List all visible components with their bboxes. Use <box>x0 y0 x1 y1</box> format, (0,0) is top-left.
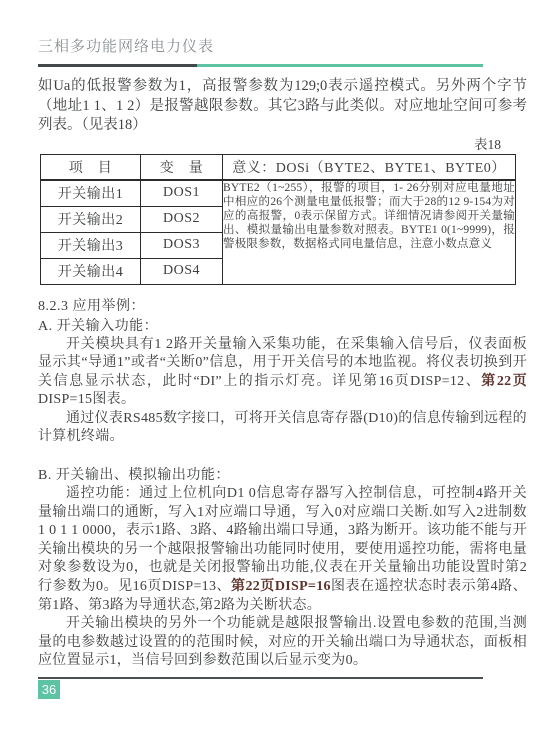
manual-page: 三相多功能网络电力仪表 如Ua的低报警参数为1，高报警参数为129;0表示遥控模… <box>0 0 559 748</box>
paragraph-a1: 开关模块具有1 2路开关量输入采集功能，在采集输入信号后，仪表面板显示其“导通1… <box>38 336 527 410</box>
page-footer: 36 <box>38 677 483 699</box>
paragraph-b2: 开关输出模块的另外一个功能就是越限报警输出.设置电参数的范围,当测量的电参数越过… <box>38 615 527 671</box>
page-content: 如Ua的低报警参数为1，高报警参数为129;0表示遥控模式。另外两个字节（地址1… <box>38 77 527 671</box>
table-row: 开关输出1 DOS1 BYTE2（1~255），报警的项目，1- 26分别对应电… <box>41 180 516 207</box>
header-divider <box>38 64 483 67</box>
table-caption: 表18 <box>38 137 515 153</box>
meaning-cell: BYTE2（1~255），报警的项目，1- 26分别对应电量地址中相应的26个测… <box>223 180 516 285</box>
page-number-badge: 36 <box>38 680 60 699</box>
table-header-row: 项 目 变 量 意义：DOSi（BYTE2、BYTE1、BYTE0） <box>41 154 516 180</box>
item-cell: 开关输出3 <box>41 232 141 258</box>
page-reference-22: 第22页 <box>481 374 527 389</box>
variable-cell: DOS3 <box>141 232 223 258</box>
variable-cell: DOS2 <box>141 206 223 232</box>
column-header-variable: 变 量 <box>141 154 223 180</box>
paragraph-b1-text: 遥控功能：通过上位机向D1 0信息寄存器写入控制信息，可控制4路开关量输出端口的… <box>38 486 527 594</box>
paragraph-a1-text: 开关模块具有1 2路开关量输入采集功能，在采集输入信号后，仪表面板显示其“导通1… <box>38 337 527 389</box>
item-cell: 开关输出2 <box>41 206 141 232</box>
subsection-heading-a: A. 开关输入功能： <box>38 317 527 336</box>
item-cell: 开关输出4 <box>41 258 141 284</box>
intro-paragraph: 如Ua的低报警参数为1，高报警参数为129;0表示遥控模式。另外两个字节（地址1… <box>38 77 527 136</box>
section-heading-823: 8.2.3 应用举例： <box>38 297 527 316</box>
footer-divider <box>38 677 483 679</box>
variable-cell: DOS1 <box>141 180 223 207</box>
paragraph-b1: 遥控功能：通过上位机向D1 0信息寄存器写入控制信息，可控制4路开关量输出端口的… <box>38 485 527 615</box>
dos-output-table: 项 目 变 量 意义：DOSi（BYTE2、BYTE1、BYTE0） 开关输出1… <box>40 154 516 285</box>
page-reference-22-disp16: 第22页DISP=16 <box>231 579 331 594</box>
paragraph-a1-tail: DISP=15图表。 <box>38 392 135 407</box>
page-title: 三相多功能网络电力仪表 <box>38 36 559 57</box>
header-divider-teal-segment <box>197 64 483 67</box>
column-header-meaning: 意义：DOSi（BYTE2、BYTE1、BYTE0） <box>223 154 516 180</box>
column-header-item: 项 目 <box>41 154 141 180</box>
paragraph-a2: 通过仪表RS485数字接口，可将开关信息寄存器(D10)的信息传输到远程的计算机… <box>38 410 527 447</box>
header-divider-dark-segment <box>38 64 197 67</box>
subsection-heading-b: B. 开关输出、模拟输出功能： <box>38 466 527 485</box>
item-cell: 开关输出1 <box>41 180 141 207</box>
variable-cell: DOS4 <box>141 258 223 284</box>
